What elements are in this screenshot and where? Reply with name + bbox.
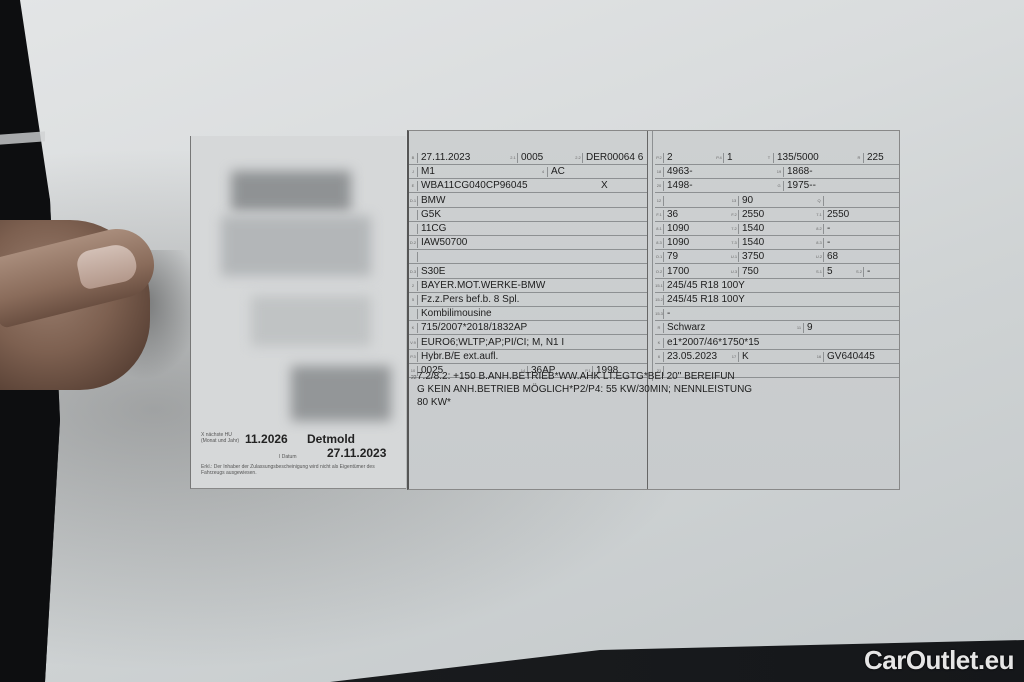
field-value: M1 — [418, 165, 538, 179]
field-value — [824, 194, 904, 208]
field-code: B — [409, 153, 418, 163]
field-value: - — [824, 236, 904, 250]
field-code: O.1 — [655, 252, 664, 262]
field-code — [409, 309, 418, 319]
field-value: 1498- — [664, 179, 774, 193]
field-value: 68 — [824, 250, 904, 264]
field-value: - — [824, 222, 904, 236]
field-value: 1090 — [664, 236, 729, 250]
field-row: 2BAYER.MOT.WERKE-BMW — [409, 279, 647, 293]
field-code: E — [409, 181, 418, 191]
field-value: GV640445 — [824, 350, 904, 364]
field-row: EWBA11CG040CP96045X — [409, 179, 647, 193]
issuing-place: Detmold — [307, 432, 355, 446]
field-value: 2 — [664, 151, 714, 165]
field-value: EURO6;WLTP;AP;PI/CI; M, N1 I — [418, 336, 643, 350]
field-row: F.136F.225507.12550 — [655, 208, 899, 222]
field-value — [418, 250, 643, 264]
field-code: 19 — [775, 167, 784, 177]
stub-footer: X nächste HU (Monat und Jahr) 11.2026 De… — [197, 432, 402, 486]
field-code: 5 — [409, 295, 418, 305]
field-code: 2 — [409, 281, 418, 291]
field-row: RSchwarz119 — [655, 321, 899, 335]
caroutlet-watermark: CarOutlet.eu — [864, 645, 1014, 676]
field-value: 23.05.2023 — [664, 350, 729, 364]
field-code: V.9 — [409, 338, 418, 348]
field-code: 8.2 — [815, 224, 824, 234]
field-code — [409, 252, 418, 262]
field-code: 8.1 — [655, 224, 664, 234]
field-code: 8.3 — [815, 238, 824, 248]
registration-document: X nächste HU (Monat und Jahr) 11.2026 De… — [190, 130, 898, 490]
field-value: 715/2007*2018/1832AP — [418, 321, 643, 335]
field-code: 15.1 — [655, 281, 664, 291]
field-value: S30E — [418, 265, 643, 279]
field-value: 135/5000 — [774, 151, 854, 165]
field-value: 1540 — [739, 222, 819, 236]
field-code — [409, 224, 418, 234]
field-value: BMW — [418, 194, 643, 208]
field-code: K — [655, 338, 664, 348]
field-value: Fz.z.Pers bef.b. 8 Spl. — [418, 293, 643, 307]
field-row: 5Fz.z.Pers bef.b. 8 Spl. — [409, 293, 647, 307]
field-code — [409, 210, 418, 220]
field-value: 225 — [864, 151, 904, 165]
field-row: B27.11.20232.100052.2DER00064 6 — [409, 151, 647, 165]
field-value: 3750 — [739, 250, 819, 264]
field-value: 11CG — [418, 222, 643, 236]
field-code: G — [775, 181, 784, 191]
field-code: P.4 — [715, 153, 724, 163]
field-code: 15.2 — [655, 295, 664, 305]
field-row: K715/2007*2018/1832AP — [409, 321, 647, 335]
field-code: F.1 — [655, 210, 664, 220]
field-value: 0005 — [518, 151, 578, 165]
field-code: 7.3 — [730, 238, 739, 248]
redacted-block — [291, 366, 391, 421]
field-row: 15.1245/45 R18 100Y — [655, 279, 899, 293]
next-inspection-label: X nächste HU (Monat und Jahr) — [201, 432, 241, 444]
field-row: 201498-G1975-- — [655, 179, 899, 193]
field-code: 6 — [655, 352, 664, 362]
field-code: 2.2 — [574, 153, 583, 163]
field-row: D.3S30E — [409, 265, 647, 279]
field-code: 12 — [655, 196, 664, 206]
field-value: Schwarz — [664, 321, 794, 335]
field-code: U.3 — [730, 267, 739, 277]
field-value: BAYER.MOT.WERKE-BMW — [418, 279, 643, 293]
field-code: 13 — [730, 196, 739, 206]
field-code: D.2 — [409, 238, 418, 248]
field-code: U.1 — [730, 252, 739, 262]
next-inspection-date: 11.2026 — [245, 432, 288, 446]
field-value: 1868- — [784, 165, 894, 179]
field-row: D.1BMW — [409, 194, 647, 208]
field-row: D.2IAW50700 — [409, 236, 647, 250]
field-row: P.3Hybr.B/E ext.aufl. — [409, 350, 647, 364]
field-value: - — [664, 307, 899, 321]
field-value: WBA11CG040CP96045 — [418, 179, 588, 193]
remarks-code: 22 — [411, 375, 417, 381]
field-row: 121390Q — [655, 194, 899, 208]
field-row: V.9EURO6;WLTP;AP;PI/CI; M, N1 I — [409, 336, 647, 350]
data-grid: B27.11.20232.100052.2DER00064 6JM14ACEWB… — [407, 130, 900, 490]
field-row: Ke1*2007/46*1750*15 — [655, 336, 899, 350]
field-value: 750 — [739, 265, 819, 279]
field-code: U.2 — [815, 252, 824, 262]
owner-stub-redacted: X nächste HU (Monat und Jahr) 11.2026 De… — [190, 136, 406, 489]
field-row — [409, 250, 647, 264]
remarks-line-3: 80 KW* — [417, 397, 451, 408]
field-value: 1700 — [664, 265, 729, 279]
field-code: O.2 — [655, 267, 664, 277]
redacted-block — [251, 296, 371, 346]
field-code: S.2 — [855, 267, 864, 277]
field-value: DER00064 6 — [583, 151, 655, 165]
field-code: 17 — [730, 352, 739, 362]
field-row: 11CG — [409, 222, 647, 236]
remarks-line-1: 7.2/8.2: +150 B.ANH.BETRIEB*WW.AHK LT.EG… — [417, 371, 735, 382]
field-code: P.3 — [409, 352, 418, 362]
field-value: 27.11.2023 — [418, 151, 508, 165]
field-code: 7.1 — [815, 210, 824, 220]
field-row: 184963-191868- — [655, 165, 899, 179]
field-code: T — [765, 153, 774, 163]
field-code: S.1 — [815, 267, 824, 277]
field-row: 15.2245/45 R18 100Y — [655, 293, 899, 307]
field-row: 8.110907.215408.2- — [655, 222, 899, 236]
field-code: R — [855, 153, 864, 163]
field-code: 18 — [655, 167, 664, 177]
column-divider — [652, 131, 653, 381]
field-code: 7.2 — [730, 224, 739, 234]
field-code: D.1 — [409, 196, 418, 206]
field-row: O.21700U.3750S.15S.2- — [655, 265, 899, 279]
remarks-section: 22 7.2/8.2: +150 B.ANH.BETRIEB*WW.AHK LT… — [409, 369, 899, 489]
field-row: 623.05.202317K16GV640445 — [655, 350, 899, 364]
field-value: e1*2007/46*1750*15 — [664, 336, 899, 350]
field-value — [664, 194, 729, 208]
field-value: 4963- — [664, 165, 774, 179]
redacted-block — [231, 171, 351, 211]
field-value: 245/45 R18 100Y — [664, 279, 899, 293]
field-value: 79 — [664, 250, 729, 264]
field-value: - — [864, 265, 904, 279]
field-row: G5K — [409, 208, 647, 222]
field-code: K — [409, 323, 418, 333]
field-row: JM14AC — [409, 165, 647, 179]
field-code: 20 — [655, 181, 664, 191]
field-value: Hybr.B/E ext.aufl. — [418, 350, 643, 364]
field-value: 1540 — [739, 236, 819, 250]
stub-footnote: Erkl.: Der Inhaber der Zulassungsbeschei… — [201, 464, 386, 476]
field-value: 90 — [739, 194, 819, 208]
field-value: 1 — [724, 151, 764, 165]
field-row: 8.310907.315408.3- — [655, 236, 899, 250]
field-code: 11 — [795, 323, 804, 333]
field-value: AC — [548, 165, 648, 179]
issue-date-label: I Datum — [279, 454, 297, 460]
field-row: Kombilimousine — [409, 307, 647, 321]
field-code: 16 — [815, 352, 824, 362]
field-row: 15.3- — [655, 307, 899, 321]
remarks-line-2: G KEIN ANH.BETRIEB MÖGLICH*P2/P4: 55 KW/… — [417, 384, 752, 395]
field-value: 1975-- — [784, 179, 894, 193]
field-code: Q — [815, 196, 824, 206]
field-value: 1090 — [664, 222, 729, 236]
field-row: O.179U.13750U.268 — [655, 250, 899, 264]
field-code: 15.3 — [655, 309, 664, 319]
field-code: R — [655, 323, 664, 333]
field-value: 245/45 R18 100Y — [664, 293, 899, 307]
field-code: 4 — [539, 167, 548, 177]
field-value: 2550 — [824, 208, 904, 222]
field-value: Kombilimousine — [418, 307, 643, 321]
redacted-block — [221, 216, 371, 276]
field-code: P.2 — [655, 153, 664, 163]
field-code: 8.3 — [655, 238, 664, 248]
field-value: IAW50700 — [418, 236, 643, 250]
issue-date: 27.11.2023 — [327, 446, 386, 460]
field-value: 36 — [664, 208, 729, 222]
field-code: D.3 — [409, 267, 418, 277]
field-code: F.2 — [730, 210, 739, 220]
field-value: X — [598, 179, 648, 193]
field-value: K — [739, 350, 819, 364]
field-code: J — [409, 167, 418, 177]
field-row: P.22P.41T135/5000R225 — [655, 151, 899, 165]
field-value: G5K — [418, 208, 643, 222]
field-value: 9 — [804, 321, 904, 335]
field-value: 2550 — [739, 208, 819, 222]
field-code: 2.1 — [509, 153, 518, 163]
